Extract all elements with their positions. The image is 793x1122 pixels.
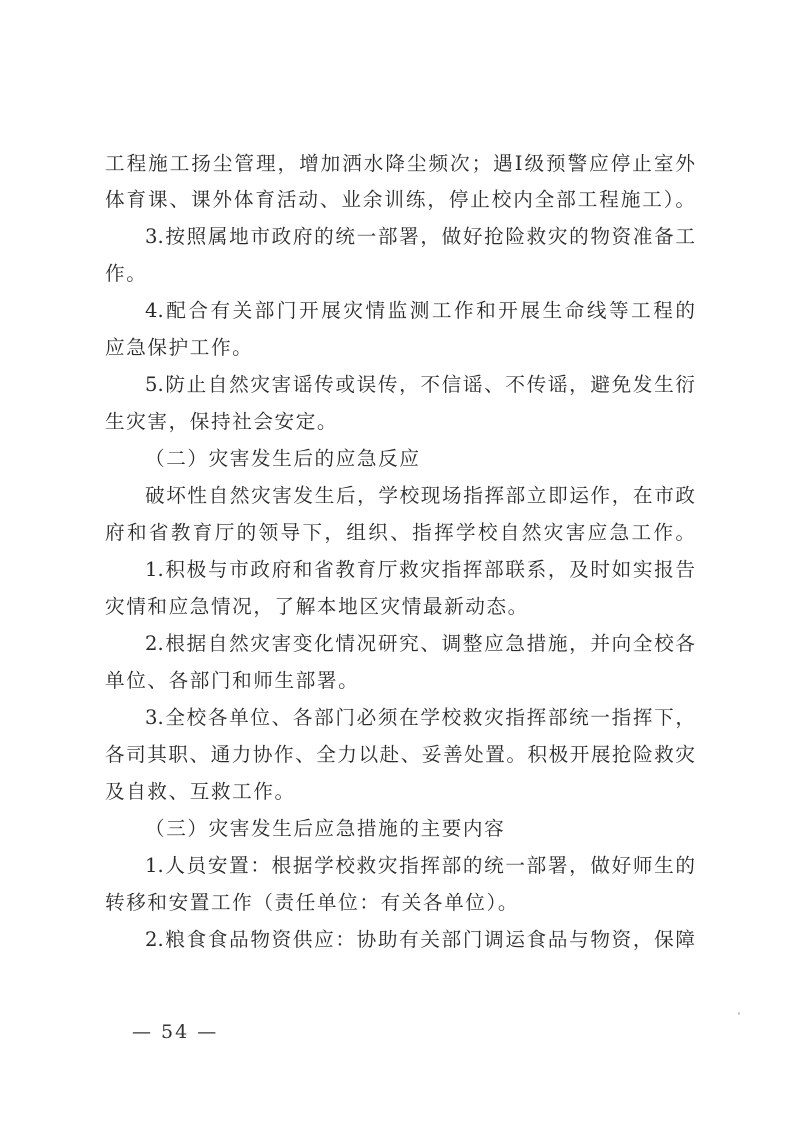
- text-line: 单位、各部门和师生部署。: [105, 667, 695, 695]
- scan-artifact: [738, 1012, 740, 1015]
- text-line: 府和省教育厅的领导下，组织、指挥学校自然灾害应急工作。: [105, 519, 695, 547]
- text-line: 及自救、互救工作。: [105, 778, 695, 806]
- section-heading: （三）灾害发生后应急措施的主要内容: [145, 815, 695, 843]
- text-line: 3.按照属地市政府的统一部署，做好抢险救灾的物资准备工: [145, 223, 695, 251]
- text-line: 2.粮食食品物资供应：协助有关部门调运食品与物资，保障: [145, 926, 695, 954]
- text-line: 1.积极与市政府和省教育厅救灾指挥部联系，及时如实报告: [145, 556, 695, 584]
- page-number: — 54 —: [132, 1018, 218, 1046]
- document-page: 工程施工扬尘管理，增加洒水降尘频次；遇Ⅰ级预警应停止室外 体育课、课外体育活动、…: [0, 0, 793, 1122]
- section-heading: （二）灾害发生后的应急反应: [145, 445, 695, 473]
- text-line: 1.人员安置：根据学校救灾指挥部的统一部署，做好师生的: [145, 852, 695, 880]
- text-line: 生灾害，保持社会安定。: [105, 408, 695, 436]
- text-line: 工程施工扬尘管理，增加洒水降尘频次；遇Ⅰ级预警应停止室外: [105, 150, 695, 178]
- text-line: 作。: [105, 260, 695, 288]
- text-line: 体育课、课外体育活动、业余训练，停止校内全部工程施工）。: [105, 186, 695, 214]
- text-line: 4.配合有关部门开展灾情监测工作和开展生命线等工程的: [145, 297, 695, 325]
- text-line: 2.根据自然灾害变化情况研究、调整应急措施，并向全校各: [145, 630, 695, 658]
- text-line: 灾情和应急情况，了解本地区灾情最新动态。: [105, 593, 695, 621]
- text-line: 破坏性自然灾害发生后，学校现场指挥部立即运作，在市政: [145, 482, 695, 510]
- text-line: 应急保护工作。: [105, 334, 695, 362]
- text-line: 转移和安置工作（责任单位：有关各单位）。: [105, 889, 695, 917]
- text-line: 各司其职、通力协作、全力以赴、妥善处置。积极开展抢险救灾: [105, 741, 695, 769]
- text-line: 3.全校各单位、各部门必须在学校救灾指挥部统一指挥下，: [145, 704, 695, 732]
- text-line: 5.防止自然灾害谣传或误传，不信谣、不传谣，避免发生衍: [145, 371, 695, 399]
